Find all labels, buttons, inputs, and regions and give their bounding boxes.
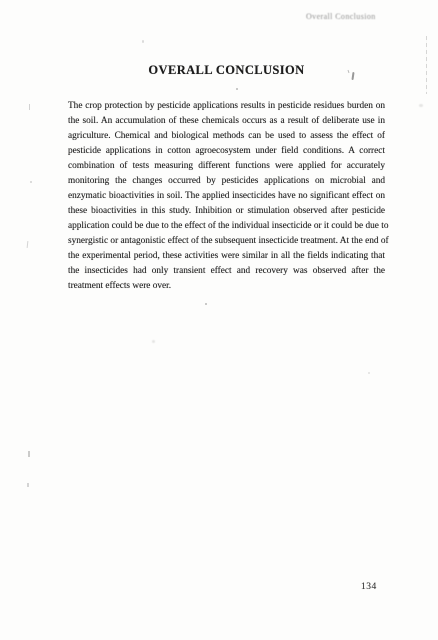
scan-artifact-speck: [29, 104, 30, 110]
scan-artifact-smudge: [419, 104, 423, 107]
scan-artifact-speck: [142, 40, 144, 43]
paragraph-line: pesticide applications in cotton agroeco…: [68, 144, 385, 159]
scan-artifact-speck: [236, 88, 238, 90]
paragraph-line: the experimental period, these activitie…: [68, 249, 385, 264]
paragraph-line: the soil. An accumulation of these chemi…: [68, 114, 385, 129]
scanned-document-page: Overall Conclusion OVERALL CONCLUSION Th…: [0, 0, 438, 640]
scan-artifact-speck: [30, 181, 32, 183]
running-header: Overall Conclusion: [306, 12, 378, 21]
page-title: OVERALL CONCLUSION: [68, 63, 385, 78]
paragraph-line: agriculture. Chemical and biological met…: [68, 129, 385, 144]
scan-artifact-speck: [152, 340, 155, 343]
scan-artifact-speck: [27, 241, 29, 248]
paragraph-line: application could be due to the effect o…: [68, 219, 385, 234]
paragraph-line: combination of tests measuring different…: [68, 159, 385, 174]
scan-artifact-vertical-scratch: [426, 36, 427, 94]
paragraph-line: treatment effects were over.: [68, 279, 385, 294]
paragraph-line: enzymatic bioactivities in soil. The app…: [68, 189, 385, 204]
scan-artifact-smudge: [368, 372, 370, 374]
scan-artifact-speck: [27, 483, 29, 487]
scan-artifact-speck: [28, 451, 30, 457]
conclusion-paragraph: The crop protection by pesticide applica…: [68, 99, 385, 294]
paragraph-line: these bioactivities in this study. Inhib…: [68, 204, 385, 219]
paragraph-line: synergistic or antagonistic effect of th…: [68, 234, 385, 249]
paragraph-line: monitoring the changes occurred by pesti…: [68, 174, 385, 189]
paragraph-line: the insecticides had only transient effe…: [68, 264, 385, 279]
page-number: 134: [361, 582, 377, 592]
scan-artifact-speck: [205, 303, 207, 305]
paragraph-line: The crop protection by pesticide applica…: [68, 99, 385, 114]
